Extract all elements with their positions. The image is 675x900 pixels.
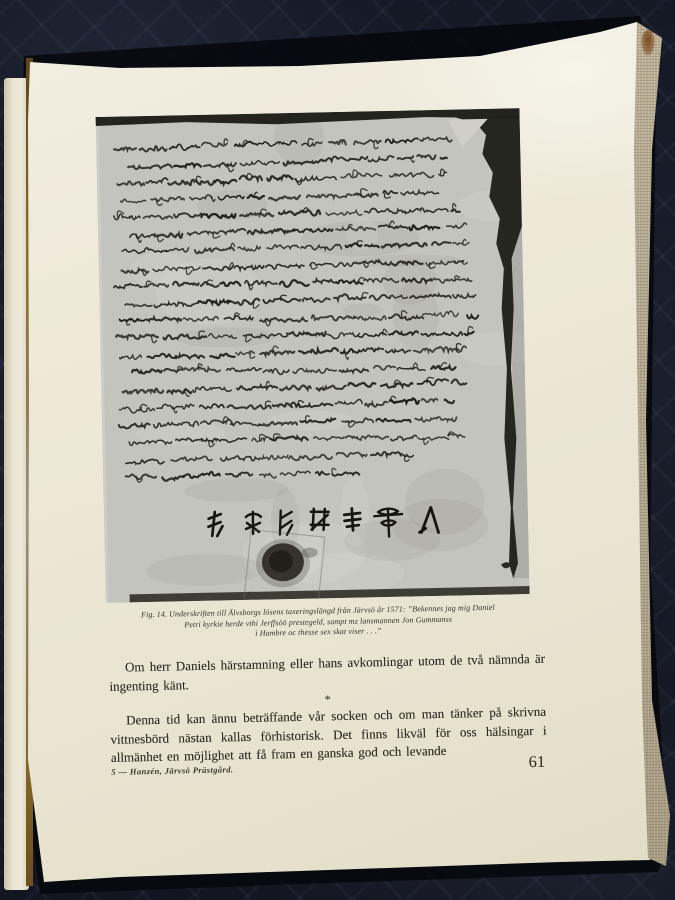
page-content: Fig. 14. Underskriften till Älvsborgs lö… (0, 0, 675, 900)
manuscript-photo (96, 108, 530, 603)
body-text: Om herr Daniels härstamning eller hans a… (109, 650, 547, 768)
figure-caption: Fig. 14. Underskriften till Älvsborgs lö… (98, 602, 539, 643)
page-number: 61 (528, 752, 545, 772)
photo-open-book: Fig. 14. Underskriften till Älvsborgs lö… (0, 0, 675, 900)
signature-note: 5 — Hanzén, Järvsö Prästgård. (111, 764, 233, 777)
